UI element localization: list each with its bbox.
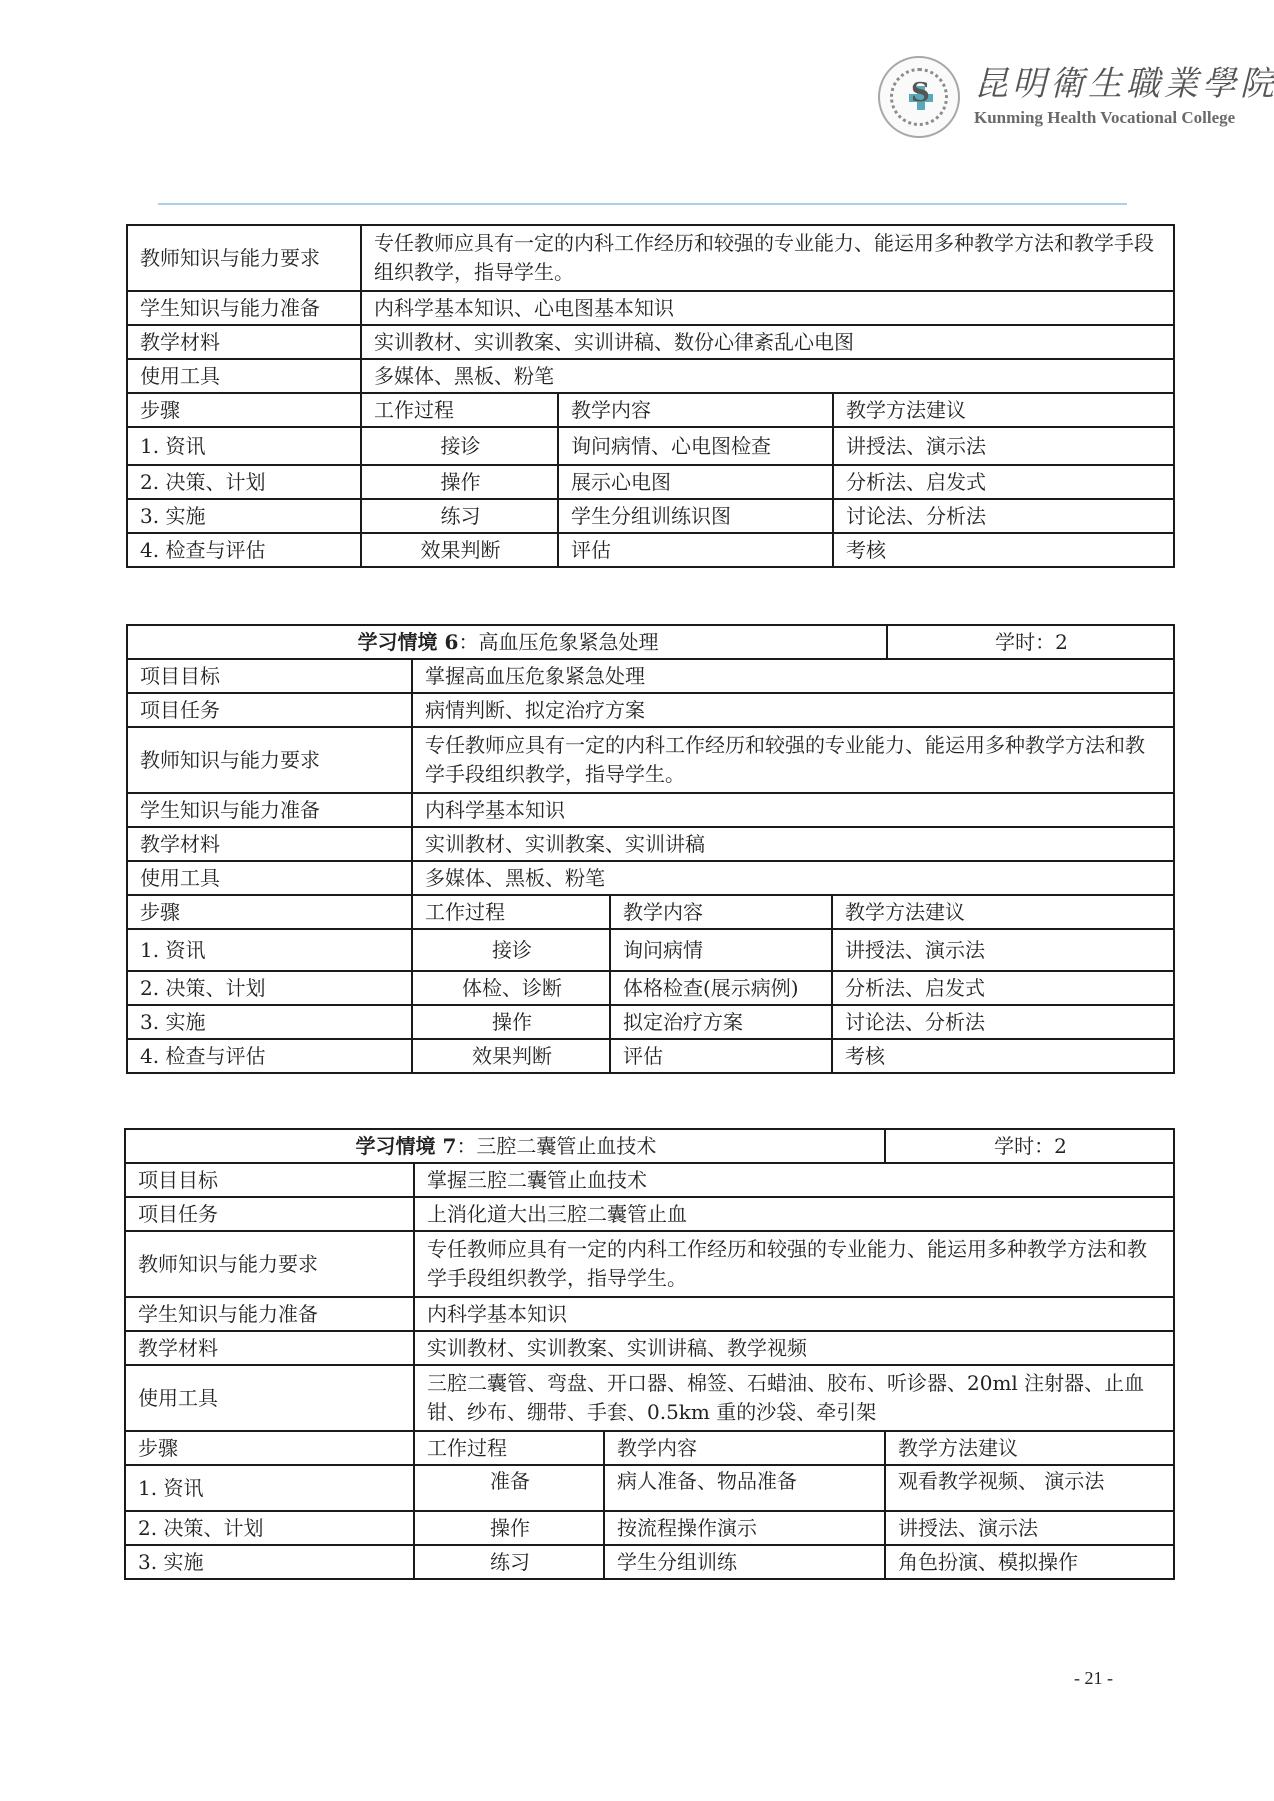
- college-seal-icon: S: [878, 56, 960, 138]
- info-row: 教学材料 实训教材、实训教案、实训讲稿、教学视频: [125, 1331, 1174, 1365]
- step-cell: 1. 资讯: [125, 1465, 414, 1511]
- info-value: 内科学基本知识、心电图基本知识: [361, 291, 1174, 325]
- header-divider: [158, 203, 1127, 205]
- table-situation-5-continued: 教师知识与能力要求 专任教师应具有一定的内科工作经历和较强的专业能力、能运用多种…: [126, 224, 1175, 568]
- situation-name: ：高血压危象紧急处理: [458, 630, 658, 654]
- step-cell: 2. 决策、计划: [127, 465, 361, 499]
- method-cell: 讲授法、演示法: [885, 1511, 1174, 1545]
- college-name-cn: 昆明衛生職業學院: [974, 56, 1274, 105]
- class-hours: 学时：2: [887, 625, 1174, 659]
- info-row: 学生知识与能力准备 内科学基本知识: [125, 1297, 1174, 1331]
- info-value: 多媒体、黑板、粉笔: [412, 861, 1174, 895]
- situation-title-row: 学习情境 7：三腔二囊管止血技术 学时：2: [125, 1129, 1174, 1163]
- table-row: 2. 决策、计划 操作 按流程操作演示 讲授法、演示法: [125, 1511, 1174, 1545]
- method-cell: 讲授法、演示法: [833, 427, 1174, 465]
- table-row: 3. 实施 练习 学生分组训练 角色扮演、模拟操作: [125, 1545, 1174, 1579]
- info-label: 项目目标: [127, 659, 412, 693]
- info-value: 内科学基本知识: [414, 1297, 1174, 1331]
- info-row: 使用工具 多媒体、黑板、粉笔: [127, 861, 1174, 895]
- process-cell: 接诊: [412, 929, 610, 971]
- info-value: 专任教师应具有一定的内科工作经历和较强的专业能力、能运用多种教学方法和教学手段组…: [361, 225, 1174, 291]
- info-row: 教学材料 实训教材、实训教案、实训讲稿: [127, 827, 1174, 861]
- process-cell: 准备: [414, 1465, 604, 1511]
- info-row: 项目目标 掌握高血压危象紧急处理: [127, 659, 1174, 693]
- info-label: 教师知识与能力要求: [127, 727, 412, 793]
- process-cell: 练习: [414, 1545, 604, 1579]
- process-cell: 操作: [361, 465, 558, 499]
- info-label: 使用工具: [125, 1365, 414, 1431]
- content-cell: 学生分组训练识图: [558, 499, 833, 533]
- seal-letter: S: [911, 80, 930, 106]
- table-row: 1. 资讯 准备 病人准备、物品准备 观看教学视频、 演示法: [125, 1465, 1174, 1511]
- info-label: 使用工具: [127, 861, 412, 895]
- content-cell: 学生分组训练: [604, 1545, 885, 1579]
- table-situation-7: 学习情境 7：三腔二囊管止血技术 学时：2 项目目标 掌握三腔二囊管止血技术 项…: [124, 1128, 1175, 1580]
- info-label: 学生知识与能力准备: [127, 291, 361, 325]
- info-row: 教学材料 实训教材、实训教案、实训讲稿、数份心律紊乱心电图: [127, 325, 1174, 359]
- info-row: 项目目标 掌握三腔二囊管止血技术: [125, 1163, 1174, 1197]
- method-cell: 讨论法、分析法: [832, 1005, 1174, 1039]
- steps-header-row: 步骤 工作过程 教学内容 教学方法建议: [127, 895, 1174, 929]
- situation-name: ：三腔二囊管止血技术: [456, 1134, 656, 1158]
- info-value: 专任教师应具有一定的内科工作经历和较强的专业能力、能运用多种教学方法和教学手段组…: [412, 727, 1174, 793]
- table-situation-6: 学习情境 6：高血压危象紧急处理 学时：2 项目目标 掌握高血压危象紧急处理 项…: [126, 624, 1175, 1074]
- info-label: 教学材料: [127, 827, 412, 861]
- method-cell: 分析法、启发式: [833, 465, 1174, 499]
- info-label: 项目任务: [125, 1197, 414, 1231]
- content-cell: 病人准备、物品准备: [604, 1465, 885, 1511]
- method-cell: 讲授法、演示法: [832, 929, 1174, 971]
- table-row: 2. 决策、计划 体检、诊断 体格检查(展示病例) 分析法、启发式: [127, 971, 1174, 1005]
- info-value: 掌握高血压危象紧急处理: [412, 659, 1174, 693]
- method-cell: 考核: [833, 533, 1174, 567]
- info-row: 教师知识与能力要求 专任教师应具有一定的内科工作经历和较强的专业能力、能运用多种…: [127, 225, 1174, 291]
- method-cell: 讨论法、分析法: [833, 499, 1174, 533]
- info-label: 使用工具: [127, 359, 361, 393]
- table-row: 1. 资讯 接诊 询问病情 讲授法、演示法: [127, 929, 1174, 971]
- situation-title-row: 学习情境 6：高血压危象紧急处理 学时：2: [127, 625, 1174, 659]
- method-cell: 分析法、启发式: [832, 971, 1174, 1005]
- info-value: 多媒体、黑板、粉笔: [361, 359, 1174, 393]
- info-label: 教学材料: [125, 1331, 414, 1365]
- info-label: 学生知识与能力准备: [127, 793, 412, 827]
- info-row: 项目任务 病情判断、拟定治疗方案: [127, 693, 1174, 727]
- info-label: 学生知识与能力准备: [125, 1297, 414, 1331]
- info-label: 教学材料: [127, 325, 361, 359]
- info-label: 项目任务: [127, 693, 412, 727]
- info-value: 掌握三腔二囊管止血技术: [414, 1163, 1174, 1197]
- situation-number: 学习情境 6: [358, 630, 459, 654]
- method-cell: 观看教学视频、 演示法: [885, 1465, 1174, 1511]
- process-cell: 接诊: [361, 427, 558, 465]
- process-cell: 效果判断: [361, 533, 558, 567]
- content-cell: 展示心电图: [558, 465, 833, 499]
- column-header: 教学方法建议: [833, 393, 1174, 427]
- situation-number: 学习情境 7: [356, 1134, 457, 1158]
- situation-title: 学习情境 7：三腔二囊管止血技术: [125, 1129, 885, 1163]
- info-row: 教师知识与能力要求 专任教师应具有一定的内科工作经历和较强的专业能力、能运用多种…: [127, 727, 1174, 793]
- steps-header-row: 步骤 工作过程 教学内容 教学方法建议: [127, 393, 1174, 427]
- process-cell: 练习: [361, 499, 558, 533]
- info-value: 病情判断、拟定治疗方案: [412, 693, 1174, 727]
- step-cell: 3. 实施: [125, 1545, 414, 1579]
- info-row: 使用工具 三腔二囊管、弯盘、开口器、棉签、石蜡油、胶布、听诊器、20ml 注射器…: [125, 1365, 1174, 1431]
- column-header: 工作过程: [412, 895, 610, 929]
- process-cell: 操作: [414, 1511, 604, 1545]
- step-cell: 3. 实施: [127, 499, 361, 533]
- info-value: 实训教材、实训教案、实训讲稿、数份心律紊乱心电图: [361, 325, 1174, 359]
- info-label: 教师知识与能力要求: [127, 225, 361, 291]
- info-row: 项目任务 上消化道大出三腔二囊管止血: [125, 1197, 1174, 1231]
- content-cell: 评估: [558, 533, 833, 567]
- column-header: 工作过程: [361, 393, 558, 427]
- table-row: 4. 检查与评估 效果判断 评估 考核: [127, 533, 1174, 567]
- steps-header-row: 步骤 工作过程 教学内容 教学方法建议: [125, 1431, 1174, 1465]
- step-cell: 4. 检查与评估: [127, 533, 361, 567]
- info-value: 三腔二囊管、弯盘、开口器、棉签、石蜡油、胶布、听诊器、20ml 注射器、止血钳、…: [414, 1365, 1174, 1431]
- situation-title: 学习情境 6：高血压危象紧急处理: [127, 625, 887, 659]
- content-cell: 评估: [610, 1039, 832, 1073]
- method-cell: 考核: [832, 1039, 1174, 1073]
- college-name-en: Kunming Health Vocational College: [974, 108, 1235, 128]
- column-header: 教学内容: [604, 1431, 885, 1465]
- info-label: 项目目标: [125, 1163, 414, 1197]
- column-header: 步骤: [127, 895, 412, 929]
- info-value: 实训教材、实训教案、实训讲稿、教学视频: [414, 1331, 1174, 1365]
- content-cell: 询问病情、心电图检查: [558, 427, 833, 465]
- table-row: 3. 实施 操作 拟定治疗方案 讨论法、分析法: [127, 1005, 1174, 1039]
- column-header: 步骤: [127, 393, 361, 427]
- step-cell: 1. 资讯: [127, 427, 361, 465]
- table-row: 2. 决策、计划 操作 展示心电图 分析法、启发式: [127, 465, 1174, 499]
- info-value: 上消化道大出三腔二囊管止血: [414, 1197, 1174, 1231]
- content-cell: 按流程操作演示: [604, 1511, 885, 1545]
- column-header: 工作过程: [414, 1431, 604, 1465]
- step-cell: 2. 决策、计划: [125, 1511, 414, 1545]
- process-cell: 操作: [412, 1005, 610, 1039]
- column-header: 教学方法建议: [885, 1431, 1174, 1465]
- info-row: 使用工具 多媒体、黑板、粉笔: [127, 359, 1174, 393]
- step-cell: 4. 检查与评估: [127, 1039, 412, 1073]
- step-cell: 1. 资讯: [127, 929, 412, 971]
- table-row: 3. 实施 练习 学生分组训练识图 讨论法、分析法: [127, 499, 1174, 533]
- info-value: 专任教师应具有一定的内科工作经历和较强的专业能力、能运用多种教学方法和教学手段组…: [414, 1231, 1174, 1297]
- content-cell: 询问病情: [610, 929, 832, 971]
- info-label: 教师知识与能力要求: [125, 1231, 414, 1297]
- process-cell: 效果判断: [412, 1039, 610, 1073]
- step-cell: 2. 决策、计划: [127, 971, 412, 1005]
- info-row: 学生知识与能力准备 内科学基本知识、心电图基本知识: [127, 291, 1174, 325]
- column-header: 教学方法建议: [832, 895, 1174, 929]
- column-header: 步骤: [125, 1431, 414, 1465]
- table-row: 1. 资讯 接诊 询问病情、心电图检查 讲授法、演示法: [127, 427, 1174, 465]
- class-hours: 学时：2: [885, 1129, 1174, 1163]
- info-value: 内科学基本知识: [412, 793, 1174, 827]
- page-number: - 21 -: [1074, 1668, 1113, 1689]
- content-cell: 体格检查(展示病例): [610, 971, 832, 1005]
- content-cell: 拟定治疗方案: [610, 1005, 832, 1039]
- method-cell: 角色扮演、模拟操作: [885, 1545, 1174, 1579]
- info-value: 实训教材、实训教案、实训讲稿: [412, 827, 1174, 861]
- column-header: 教学内容: [558, 393, 833, 427]
- info-row: 教师知识与能力要求 专任教师应具有一定的内科工作经历和较强的专业能力、能运用多种…: [125, 1231, 1174, 1297]
- college-logo: S 昆明衛生職業學院 Kunming Health Vocational Col…: [878, 52, 1258, 142]
- column-header: 教学内容: [610, 895, 832, 929]
- process-cell: 体检、诊断: [412, 971, 610, 1005]
- step-cell: 3. 实施: [127, 1005, 412, 1039]
- table-row: 4. 检查与评估 效果判断 评估 考核: [127, 1039, 1174, 1073]
- info-row: 学生知识与能力准备 内科学基本知识: [127, 793, 1174, 827]
